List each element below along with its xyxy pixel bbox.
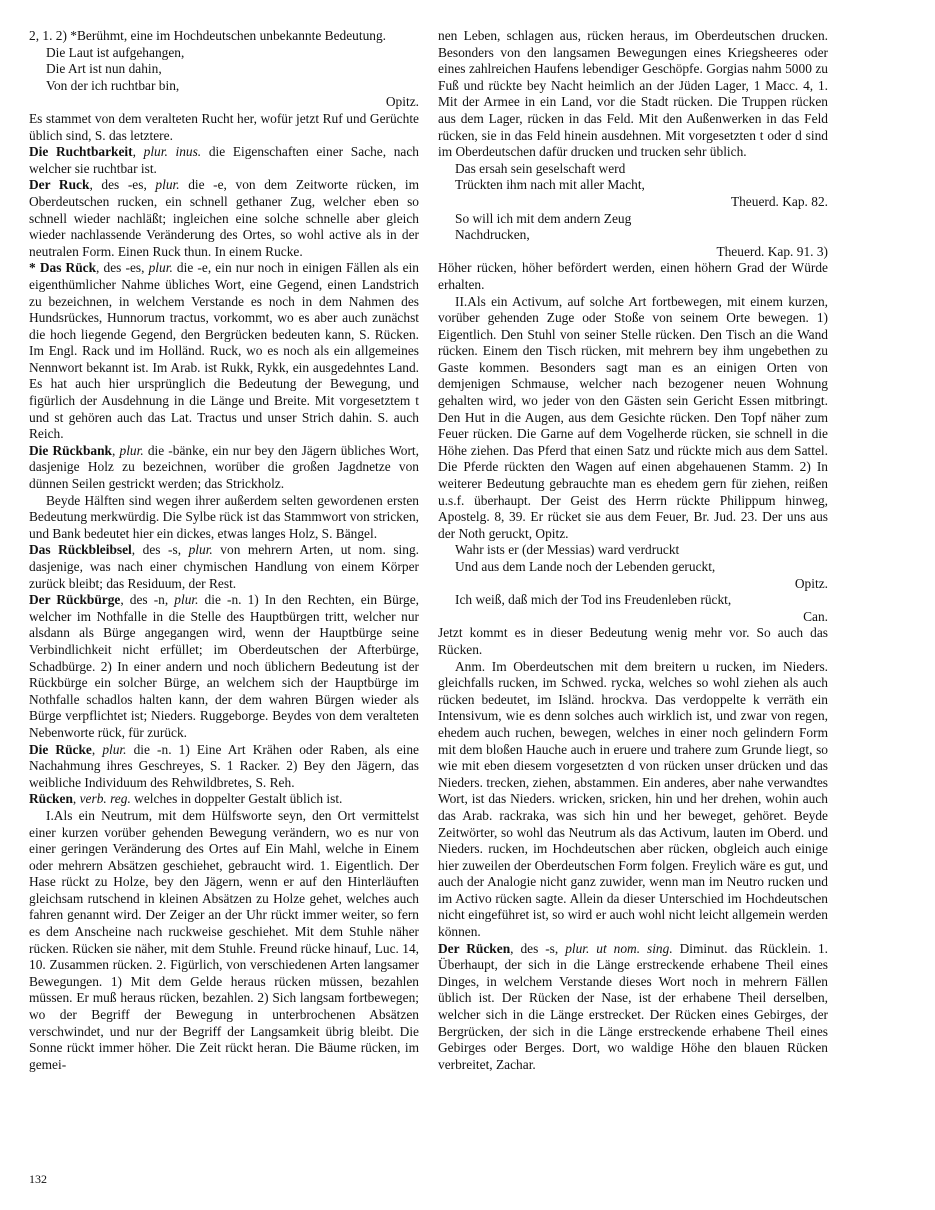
- citation-source: Can.: [438, 609, 828, 626]
- paragraph: Es stammet von dem veralteten Rucht her,…: [29, 111, 419, 144]
- citation-source: Opitz.: [29, 94, 419, 111]
- dictionary-entry: Die Rücke, plur. die -n. 1) Eine Art Krä…: [29, 742, 419, 792]
- dictionary-entry: Die Rückbank, plur. die -bänke, ein nur …: [29, 443, 419, 493]
- entry-headword: Der Rückbürge: [29, 592, 120, 607]
- dictionary-entry: Der Rückbürge, des -n, plur. die -n. 1) …: [29, 592, 419, 741]
- grammar-note: plur.: [149, 260, 173, 275]
- dictionary-entry: Rücken, verb. reg. welches in doppelter …: [29, 791, 419, 808]
- verse-line: Das ersah sein geselschaft werd: [438, 161, 828, 178]
- grammar-note: plur. ut nom. sing.: [565, 941, 673, 956]
- verse-line: So will ich mit dem andern Zeug: [438, 211, 828, 228]
- paragraph: 2, 1. 2) *Berühmt, eine im Hochdeutschen…: [29, 28, 419, 45]
- entry-headword: Die Rückbank: [29, 443, 112, 458]
- entry-headword: Der Ruck: [29, 177, 89, 192]
- paragraph: Höher rücken, höher befördert werden, ei…: [438, 260, 828, 293]
- paragraph: Jetzt kommt es in dieser Bedeutung wenig…: [438, 625, 828, 658]
- verse-line: Ich weiß, daß mich der Tod ins Freudenle…: [438, 592, 828, 609]
- entry-headword: Das Rückbleibsel: [29, 542, 132, 557]
- verse-line: Trückten ihm nach mit aller Macht,: [438, 177, 828, 194]
- entry-headword: * Das Rück: [29, 260, 96, 275]
- paragraph: Anm. Im Oberdeutschen mit dem breitern u…: [438, 659, 828, 941]
- verse-line: Und aus dem Lande noch der Lebenden geru…: [438, 559, 828, 576]
- paragraph: I.Als ein Neutrum, mit dem Hülfsworte se…: [29, 808, 419, 1074]
- grammar-note: plur.: [155, 177, 179, 192]
- grammar-note: plur. inus.: [144, 144, 202, 159]
- dictionary-entry: Der Ruck, des -es, plur. die -e, von dem…: [29, 177, 419, 260]
- paragraph: Beyde Hälften sind wegen ihrer außerdem …: [29, 493, 419, 543]
- entry-headword: Die Rücke: [29, 742, 92, 757]
- dictionary-entry: * Das Rück, des -es, plur. die -e, ein n…: [29, 260, 419, 443]
- citation-source: Theuerd. Kap. 91. 3): [438, 244, 828, 261]
- citation-source: Opitz.: [438, 576, 828, 593]
- grammar-note: plur.: [174, 592, 198, 607]
- left-column: 2, 1. 2) *Berühmt, eine im Hochdeutschen…: [29, 28, 419, 1073]
- verse-line: Die Art ist nun dahin,: [29, 61, 419, 78]
- right-column: nen Leben, schlagen aus, rücken heraus, …: [438, 28, 828, 1073]
- dictionary-entry: Der Rücken, des -s, plur. ut nom. sing. …: [438, 941, 828, 1074]
- entry-text: die -n. 1) In den Rechten, ein Bürge, we…: [29, 592, 419, 740]
- grammar-note: verb. reg.: [80, 791, 131, 806]
- entry-text: die -e, ein nur noch in einigen Fällen a…: [29, 260, 419, 441]
- verse-line: Von der ich ruchtbar bin,: [29, 78, 419, 95]
- paragraph: II.Als ein Activum, auf solche Art fortb…: [438, 294, 828, 543]
- grammar-note: plur.: [189, 542, 213, 557]
- entry-headword: Die Ruchtbarkeit: [29, 144, 133, 159]
- grammar-note: plur.: [120, 443, 144, 458]
- verse-line: Die Laut ist aufgehangen,: [29, 45, 419, 62]
- verse-line: Nachdrucken,: [438, 227, 828, 244]
- entry-text: Diminut. das Rücklein. 1. Überhaupt, der…: [438, 941, 828, 1072]
- dictionary-entry: Das Rückbleibsel, des -s, plur. von mehr…: [29, 542, 419, 592]
- entry-text: welches in doppelter Gestalt üblich ist.: [131, 791, 343, 806]
- entry-headword: Der Rücken: [438, 941, 510, 956]
- citation-source: Theuerd. Kap. 82.: [438, 194, 828, 211]
- page-number: 132: [29, 1172, 47, 1187]
- verse-line: Wahr ists er (der Messias) ward verdruck…: [438, 542, 828, 559]
- grammar-note: plur.: [102, 742, 126, 757]
- dictionary-entry: Die Ruchtbarkeit, plur. inus. die Eigens…: [29, 144, 419, 177]
- entry-headword: Rücken: [29, 791, 73, 806]
- paragraph: nen Leben, schlagen aus, rücken heraus, …: [438, 28, 828, 161]
